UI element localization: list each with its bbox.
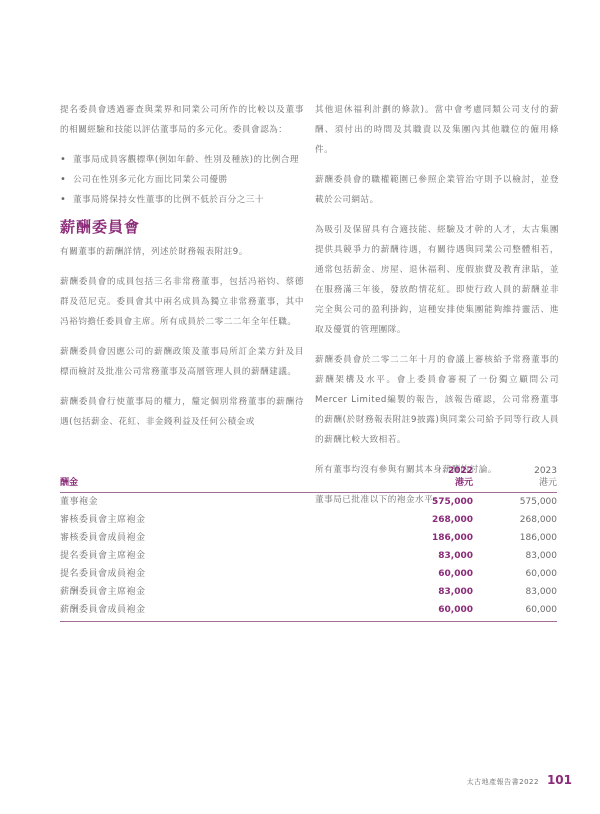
table-row: 提名委員會成員袍金 60,000 60,000 (60, 565, 557, 583)
header-2023: 2023 港元 (485, 465, 557, 493)
fee-name: 薪酬委員會成員袍金 (60, 601, 395, 622)
table-row: 審核委員會成員袍金 186,000 186,000 (60, 529, 557, 547)
fee-name: 董事袍金 (60, 493, 395, 512)
paragraph: 薪酬委員會於二零二二年十月的會議上審核給予常務董事的薪酬架構及水平。會上委員會審… (315, 350, 559, 450)
page-footer: 太古地產報告書2022 101 (467, 773, 572, 787)
fee-2022: 268,000 (395, 511, 485, 529)
table-header-row: 酬金 2022 港元 2023 港元 (60, 465, 557, 493)
fee-2022: 60,000 (395, 565, 485, 583)
table-row: 薪酬委員會主席袍金 83,000 83,000 (60, 583, 557, 601)
header-2022: 2022 港元 (395, 465, 485, 493)
fee-name: 審核委員會成員袍金 (60, 529, 395, 547)
paragraph: 其他退休福利計劃的條款)。當中會考慮同類公司支付的薪酬、須付出的時間及其職責以及… (315, 100, 559, 160)
header-label: 酬金 (60, 465, 395, 493)
table-row: 薪酬委員會成員袍金 60,000 60,000 (60, 601, 557, 622)
fee-2022: 575,000 (395, 493, 485, 512)
paragraph: 薪酬委員會因應公司的薪酬政策及董事局所訂企業方針及目標而檢討及批准公司常務董事及… (60, 342, 304, 382)
fees-table: 酬金 2022 港元 2023 港元 董事袍金 575,000 575,000 … (60, 465, 557, 622)
fee-2023: 83,000 (485, 547, 557, 565)
diversity-bullet-list: 董事局成員客觀標準(例如年齡、性別及種族)的比例合理 公司在性別多元化方面比同業… (60, 150, 304, 210)
fee-2022: 83,000 (395, 547, 485, 565)
paragraph: 薪酬委員會行使董事局的權力，釐定個別常務董事的薪酬待遇(包括薪金、花紅、非金錢利… (60, 392, 304, 432)
fee-name: 薪酬委員會主席袍金 (60, 583, 395, 601)
fee-name: 審核委員會主席袍金 (60, 511, 395, 529)
nomination-intro-paragraph: 提名委員會透過審查與業界和同業公司所作的比較以及董事的相關經驗和技能以評估董事局… (60, 100, 304, 140)
fee-2022: 186,000 (395, 529, 485, 547)
fee-2022: 60,000 (395, 601, 485, 622)
paragraph: 薪酬委員會的職權範圍已參照企業管治守則予以檢討，並登載於公司網站。 (315, 170, 559, 210)
table-row: 審核委員會主席袍金 268,000 268,000 (60, 511, 557, 529)
table-row: 提名委員會主席袍金 83,000 83,000 (60, 547, 557, 565)
paragraph: 為吸引及保留具有合適技能、經驗及才幹的人才，太古集團提供具競爭力的薪酬待遇，有關… (315, 220, 559, 340)
paragraph: 薪酬委員會的成員包括三名非常務董事，包括冯裕钧、蔡德群及范尼克。委員會其中兩名成… (60, 272, 304, 332)
header-unit: 港元 (395, 477, 473, 489)
bullet-item: 公司在性別多元化方面比同業公司優勝 (60, 170, 304, 190)
fees-table-container: 酬金 2022 港元 2023 港元 董事袍金 575,000 575,000 … (60, 465, 557, 622)
fee-2023: 60,000 (485, 601, 557, 622)
section-title-remuneration-committee: 薪酬委員會 (60, 216, 304, 238)
fee-2023: 83,000 (485, 583, 557, 601)
fee-2023: 186,000 (485, 529, 557, 547)
fee-name: 提名委員會主席袍金 (60, 547, 395, 565)
fee-2023: 575,000 (485, 493, 557, 512)
fee-2023: 60,000 (485, 565, 557, 583)
left-column: 提名委員會透過審查與業界和同業公司所作的比較以及董事的相關經驗和技能以評估董事局… (60, 100, 304, 442)
bullet-item: 董事局將保持女性董事的比例不低於百分之三十 (60, 190, 304, 210)
fee-2022: 83,000 (395, 583, 485, 601)
right-column: 其他退休福利計劃的條款)。當中會考慮同類公司支付的薪酬、須付出的時間及其職責以及… (315, 100, 559, 520)
header-year: 2023 (485, 465, 557, 477)
report-name: 太古地產報告書2022 (467, 777, 539, 787)
paragraph: 有關董事的薪酬詳情，列述於財務報表附註9。 (60, 242, 304, 262)
fee-2023: 268,000 (485, 511, 557, 529)
header-year: 2022 (395, 465, 473, 477)
bullet-item: 董事局成員客觀標準(例如年齡、性別及種族)的比例合理 (60, 150, 304, 170)
page-number: 101 (547, 773, 572, 787)
table-row: 董事袍金 575,000 575,000 (60, 493, 557, 512)
header-unit: 港元 (485, 477, 557, 489)
fee-name: 提名委員會成員袍金 (60, 565, 395, 583)
